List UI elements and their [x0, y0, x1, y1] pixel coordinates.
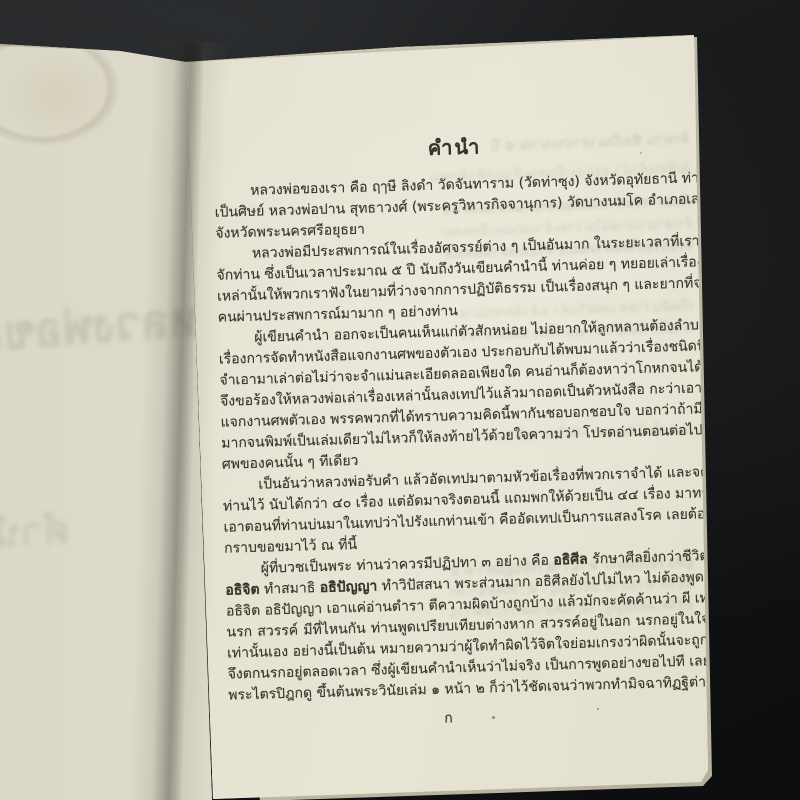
page-top-shadow: [0, 22, 191, 53]
book-photo: หลวงพ่อของเรา คือ ฤๅษี ลิงดำ วัดจันทาราม…: [0, 0, 800, 800]
show-through-text: คำนำ: [0, 502, 72, 568]
page-content: คำนำ หลวงพ่อของเรา คือ ฤๅษี ลิงดำ วัดจัน…: [213, 126, 712, 735]
show-through-text: หลวงพ่อของเรา คือ ฤๅษี ลิงดำ วัดจันทาราม…: [0, 287, 202, 373]
page-title: คำนำ: [213, 126, 697, 171]
page-number: ก: [207, 702, 690, 736]
page-top-shadow: [185, 9, 702, 62]
